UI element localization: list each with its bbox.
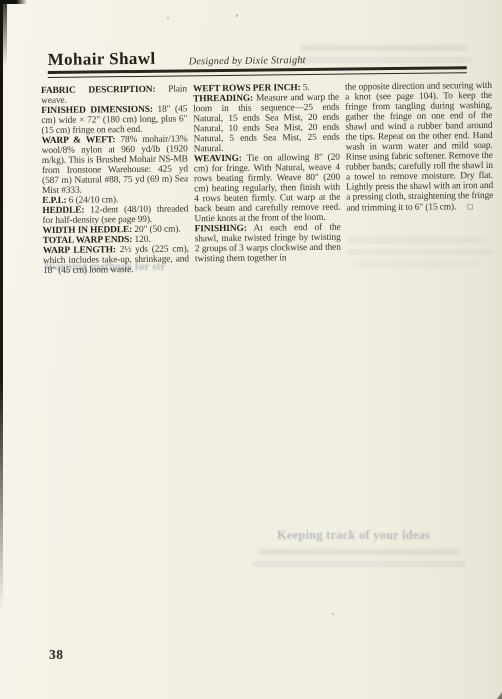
spec-label: E.P.I.: xyxy=(42,196,66,206)
column-1: FABRIC DESCRIPTION: Plain weave. FINISHE… xyxy=(41,84,189,276)
spec-paragraph: FABRIC DESCRIPTION: Plain weave. xyxy=(41,84,187,106)
spec-label: THREADING: xyxy=(193,94,253,105)
spec-paragraph: FINISHED DIMENSIONS: 18" (45 cm) wide × … xyxy=(41,104,187,136)
article-title: Mohair Shawl xyxy=(48,49,156,70)
end-of-article-mark: □ xyxy=(467,201,472,211)
spec-text: 20" (50 cm). xyxy=(134,224,180,235)
continuation-paragraph: the opposite direction and securing with… xyxy=(345,81,493,214)
spec-label: FINISHING: xyxy=(195,224,247,235)
spec-paragraph: WARP & WEFT: 78% mohair/13% wool/8% nylo… xyxy=(42,134,189,196)
spec-paragraph: WEAVING: Tie on allowing 8" (20 cm) for … xyxy=(194,153,341,225)
spec-label: WEAVING: xyxy=(194,154,242,165)
spec-paragraph: HEDDLE: 12-dent (48/10) threaded for hal… xyxy=(42,204,188,226)
spec-paragraph: WARP LENGTH: 2½ yds (225 cm), which incl… xyxy=(43,244,189,276)
spec-label: FABRIC DESCRIPTION: xyxy=(41,85,156,96)
spec-paragraph: FINISHING: At each end of the shawl, mak… xyxy=(195,223,341,265)
spec-label: HEDDLE: xyxy=(42,206,84,216)
column-2: WEFT ROWS PER INCH: 5. THREADING: Measur… xyxy=(193,83,341,265)
spec-text: 6 (24/10 cm). xyxy=(69,195,119,206)
spec-text: Tie on allowing 8" (20 cm) for fringe. W… xyxy=(194,153,341,225)
article-byline: Designed by Dixie Straight xyxy=(189,55,306,67)
spec-paragraph: THREADING: Measure and warp the loom in … xyxy=(193,93,340,155)
spec-text: 5. xyxy=(303,83,310,93)
column-3: the opposite direction and securing with… xyxy=(345,81,493,214)
spec-text: 120. xyxy=(134,235,150,245)
page-number: 38 xyxy=(49,647,64,663)
continuation-text: the opposite direction and securing with… xyxy=(345,81,493,214)
article-content: Mohair Shawl Designed by Dixie Straight … xyxy=(0,0,502,699)
